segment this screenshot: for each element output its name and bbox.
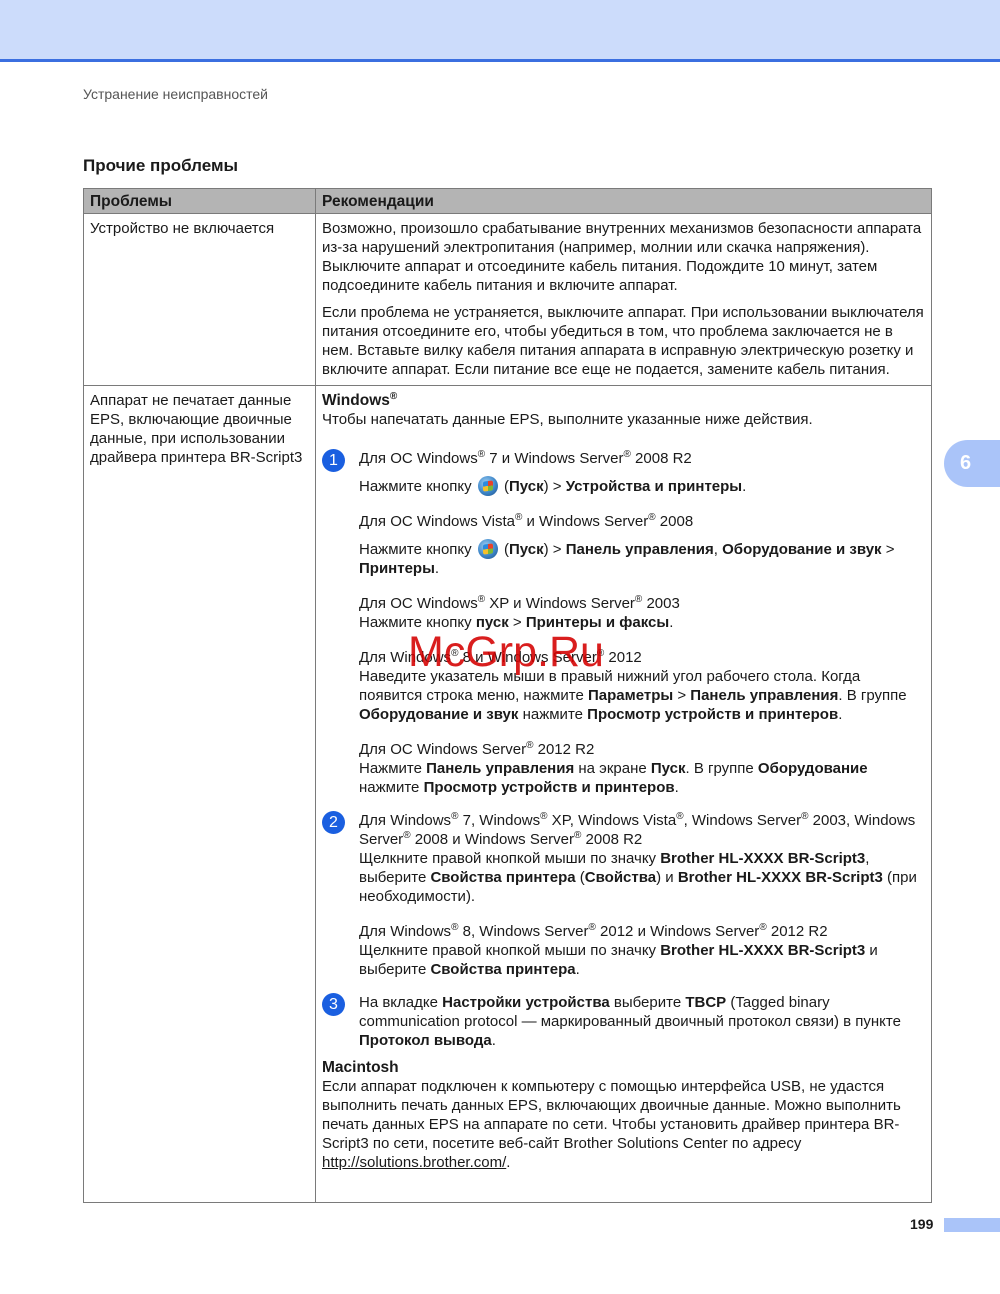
instruction-text: Нажмите кнопку (Пуск) > Панель управлени… — [359, 539, 925, 578]
windows-heading-text: Windows — [322, 392, 390, 409]
ui-term: Brother HL-XXXX BR-Script3 — [660, 850, 865, 867]
instruction-text: Щелкните правой кнопкой мыши по значку B… — [359, 941, 925, 979]
registered-mark: ® — [588, 922, 595, 933]
step-number-badge: 1 — [322, 449, 345, 472]
step-item: 3На вкладке Настройки устройства выберит… — [322, 993, 925, 1050]
step-number-badge: 2 — [322, 811, 345, 834]
os-version-title: Для ОС Windows® 7 и Windows Server® 2008… — [359, 449, 925, 468]
os-version-title: Для Windows® 8, Windows Server® 2012 и W… — [359, 922, 925, 941]
windows-intro: Чтобы напечатать данные EPS, выполните у… — [322, 410, 925, 429]
page-number: 199 — [910, 1216, 933, 1232]
step-block: Для Windows® 8, Windows Server® 2012 и W… — [359, 922, 925, 979]
instruction-text: Щелкните правой кнопкой мыши по значку B… — [359, 849, 925, 906]
ui-term: Пуск — [651, 760, 686, 777]
table-row: Устройство не включается Возможно, произ… — [84, 214, 932, 386]
ui-term: Панель управления — [426, 760, 574, 777]
section-title: Прочие проблемы — [83, 156, 238, 176]
step-block: Для Windows® 7, Windows® XP, Windows Vis… — [359, 811, 925, 906]
recommendation-paragraph: Возможно, произошло срабатывание внутрен… — [322, 219, 925, 295]
registered-mark: ® — [624, 449, 631, 460]
recommendation-cell: Возможно, произошло срабатывание внутрен… — [316, 214, 932, 386]
registered-mark: ® — [648, 512, 655, 523]
ui-term: Оборудование и звук — [359, 706, 518, 723]
ui-term: Пуск — [509, 541, 544, 558]
step-block: Для ОС Windows® XP и Windows Server® 200… — [359, 594, 925, 632]
windows-start-icon — [478, 476, 498, 496]
ui-term: Brother HL-XXXX BR-Script3 — [660, 942, 865, 959]
ui-term: Свойства принтера — [430, 961, 575, 978]
ui-term: Устройства и принтеры — [566, 478, 742, 495]
ui-term: Панель управления — [566, 541, 714, 558]
step-block: Для ОС Windows® 7 и Windows Server® 2008… — [359, 449, 925, 496]
ui-term: Оборудование и звук — [722, 541, 881, 558]
ui-term: Пуск — [509, 478, 544, 495]
registered-mark: ® — [574, 830, 581, 841]
problem-cell: Устройство не включается — [84, 214, 316, 386]
instruction-text: На вкладке Настройки устройства выберите… — [359, 993, 925, 1050]
mac-text-body: Если аппарат подключен к компьютеру с по… — [322, 1078, 901, 1152]
ui-term: Просмотр устройств и принтеров — [424, 779, 675, 796]
steps-list: 1Для ОС Windows® 7 и Windows Server® 200… — [322, 449, 925, 1050]
top-header-band — [0, 0, 1000, 62]
step-block: Для ОС Windows Server® 2012 R2Нажмите Па… — [359, 740, 925, 797]
mac-text: Если аппарат подключен к компьютеру с по… — [322, 1077, 925, 1172]
registered-mark: ® — [390, 391, 397, 402]
ui-term: TBCP — [685, 994, 726, 1011]
windows-start-icon — [478, 539, 498, 559]
registered-mark: ® — [676, 811, 683, 822]
step-item: 1Для ОС Windows® 7 и Windows Server® 200… — [322, 449, 925, 797]
ui-term: Brother HL-XXXX BR-Script3 — [678, 869, 883, 886]
ui-term: Панель управления — [690, 687, 838, 704]
problem-cell: Аппарат не печатает данные EPS, включающ… — [84, 386, 316, 1203]
windows-heading: Windows® — [322, 391, 925, 410]
os-version-title: Для ОС Windows Vista® и Windows Server® … — [359, 512, 925, 531]
solutions-link[interactable]: http://solutions.brother.com/ — [322, 1154, 506, 1171]
ui-term: Просмотр устройств и принтеров — [587, 706, 838, 723]
ui-term: Свойства — [585, 869, 656, 886]
registered-mark: ® — [478, 449, 485, 460]
os-version-title: Для ОС Windows® XP и Windows Server® 200… — [359, 594, 925, 613]
running-head: Устранение неисправностей — [83, 86, 268, 102]
column-header-recommendations: Рекомендации — [316, 189, 932, 214]
table-header-row: Проблемы Рекомендации — [84, 189, 932, 214]
column-header-problems: Проблемы — [84, 189, 316, 214]
table-row: Аппарат не печатает данные EPS, включающ… — [84, 386, 932, 1203]
registered-mark: ® — [478, 594, 485, 605]
registered-mark: ® — [635, 594, 642, 605]
ui-term: Свойства принтера — [430, 869, 575, 886]
recommendation-cell: Windows® Чтобы напечатать данные EPS, вы… — [316, 386, 932, 1203]
registered-mark: ® — [759, 922, 766, 933]
os-version-title: Для ОС Windows Server® 2012 R2 — [359, 740, 925, 759]
registered-mark: ® — [451, 922, 458, 933]
instruction-text: Нажмите кнопку (Пуск) > Устройства и при… — [359, 476, 925, 496]
registered-mark: ® — [515, 512, 522, 523]
mac-heading: Macintosh — [322, 1058, 925, 1077]
ui-term: Оборудование — [758, 760, 868, 777]
ui-term: Параметры — [588, 687, 673, 704]
ui-term: Настройки устройства — [442, 994, 610, 1011]
registered-mark: ® — [403, 830, 410, 841]
instruction-text: Нажмите Панель управления на экране Пуск… — [359, 759, 925, 797]
step-block: Для ОС Windows Vista® и Windows Server® … — [359, 512, 925, 578]
chapter-tab[interactable]: 6 — [944, 440, 1000, 487]
registered-mark: ® — [540, 811, 547, 822]
page-number-bar — [944, 1218, 1000, 1232]
step-number-badge: 3 — [322, 993, 345, 1016]
recommendation-paragraph: Если проблема не устраняется, выключите … — [322, 303, 925, 379]
registered-mark: ® — [526, 740, 533, 751]
troubleshooting-table: Проблемы Рекомендации Устройство не вклю… — [83, 188, 932, 1203]
step-block: На вкладке Настройки устройства выберите… — [359, 993, 925, 1050]
registered-mark: ® — [451, 811, 458, 822]
watermark: McGrp.Ru — [408, 628, 604, 677]
step-item: 2Для Windows® 7, Windows® XP, Windows Vi… — [322, 811, 925, 979]
registered-mark: ® — [801, 811, 808, 822]
ui-term: Протокол вывода — [359, 1032, 492, 1049]
os-version-title: Для Windows® 7, Windows® XP, Windows Vis… — [359, 811, 925, 849]
mac-text-end: . — [506, 1154, 510, 1171]
ui-term: Принтеры — [359, 560, 435, 577]
